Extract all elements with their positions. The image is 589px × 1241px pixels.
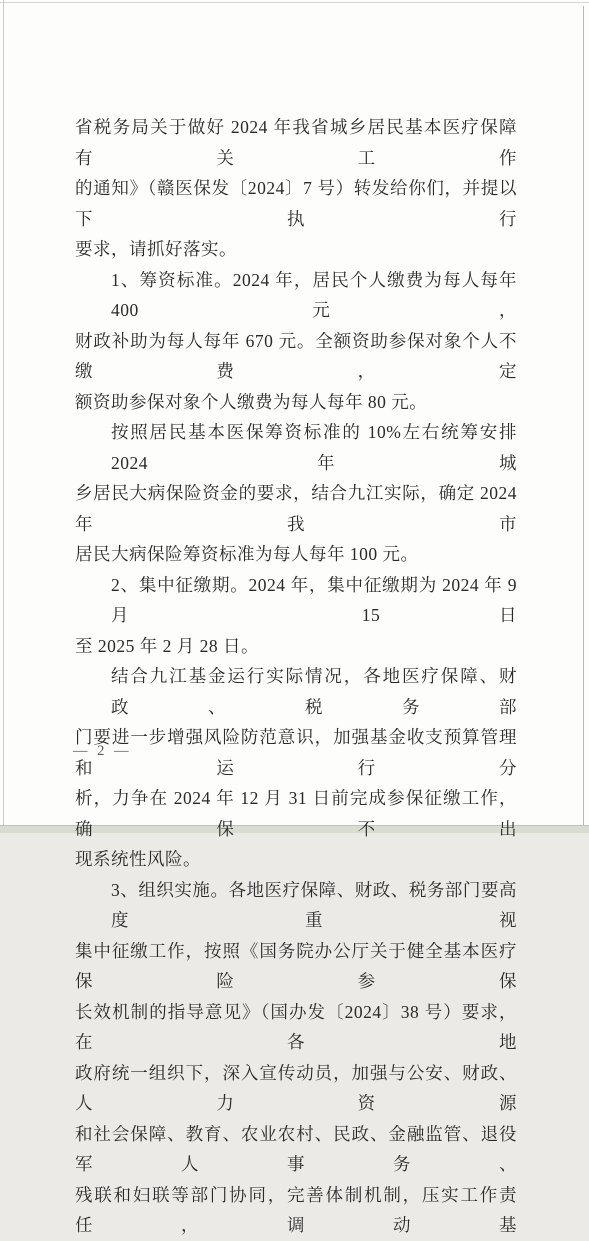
text-line: 居民大病保险筹资标准为每人每年 100 元。 xyxy=(75,539,517,570)
text-line: 要求，请抓好落实。 xyxy=(75,234,517,265)
text-line: 的通知》（赣医保发〔2024〕7 号）转发给你们，并提以下执行 xyxy=(75,173,517,234)
text-line: 按照居民基本医保筹资标准的 10%左右统筹安排 2024 年城 xyxy=(75,417,517,478)
text-line: 结合九江基金运行实际情况，各地医疗保障、财政、税务部 xyxy=(75,661,517,722)
scan-edge-right xyxy=(583,6,584,826)
text-line: 乡居民大病保险资金的要求，结合九江实际，确定 2024 年我市 xyxy=(75,478,517,539)
scan-edge-left xyxy=(3,0,4,826)
text-line: 析，力争在 2024 年 12 月 31 日前完成参保征缴工作，确保不出 xyxy=(75,783,517,832)
scanned-document-page: 省税务局关于做好 2024 年我省城乡居民基本医疗保障有关工作的通知》（赣医保发… xyxy=(0,0,589,832)
document-body-text: 省税务局关于做好 2024 年我省城乡居民基本医疗保障有关工作的通知》（赣医保发… xyxy=(75,112,517,832)
text-line: 省税务局关于做好 2024 年我省城乡居民基本医疗保障有关工作 xyxy=(75,112,517,173)
text-line: 额资助参保对象个人缴费为每人每年 80 元。 xyxy=(75,387,517,418)
text-line: 至 2025 年 2 月 28 日。 xyxy=(75,631,517,662)
text-line: 2、集中征缴期。2024 年，集中征缴期为 2024 年 9 月 15 日 xyxy=(75,570,517,631)
scan-edge-top xyxy=(0,2,589,3)
text-line: 财政补助为每人每年 670 元。全额资助参保对象个人不缴费，定 xyxy=(75,326,517,387)
text-line: 1、筹资标准。2024 年，居民个人缴费为每人每年 400 元， xyxy=(75,265,517,326)
text-line: 门要进一步增强风险防范意识，加强基金收支预算管理和运行分 xyxy=(75,722,517,783)
page-number: — 2 — xyxy=(73,742,132,760)
